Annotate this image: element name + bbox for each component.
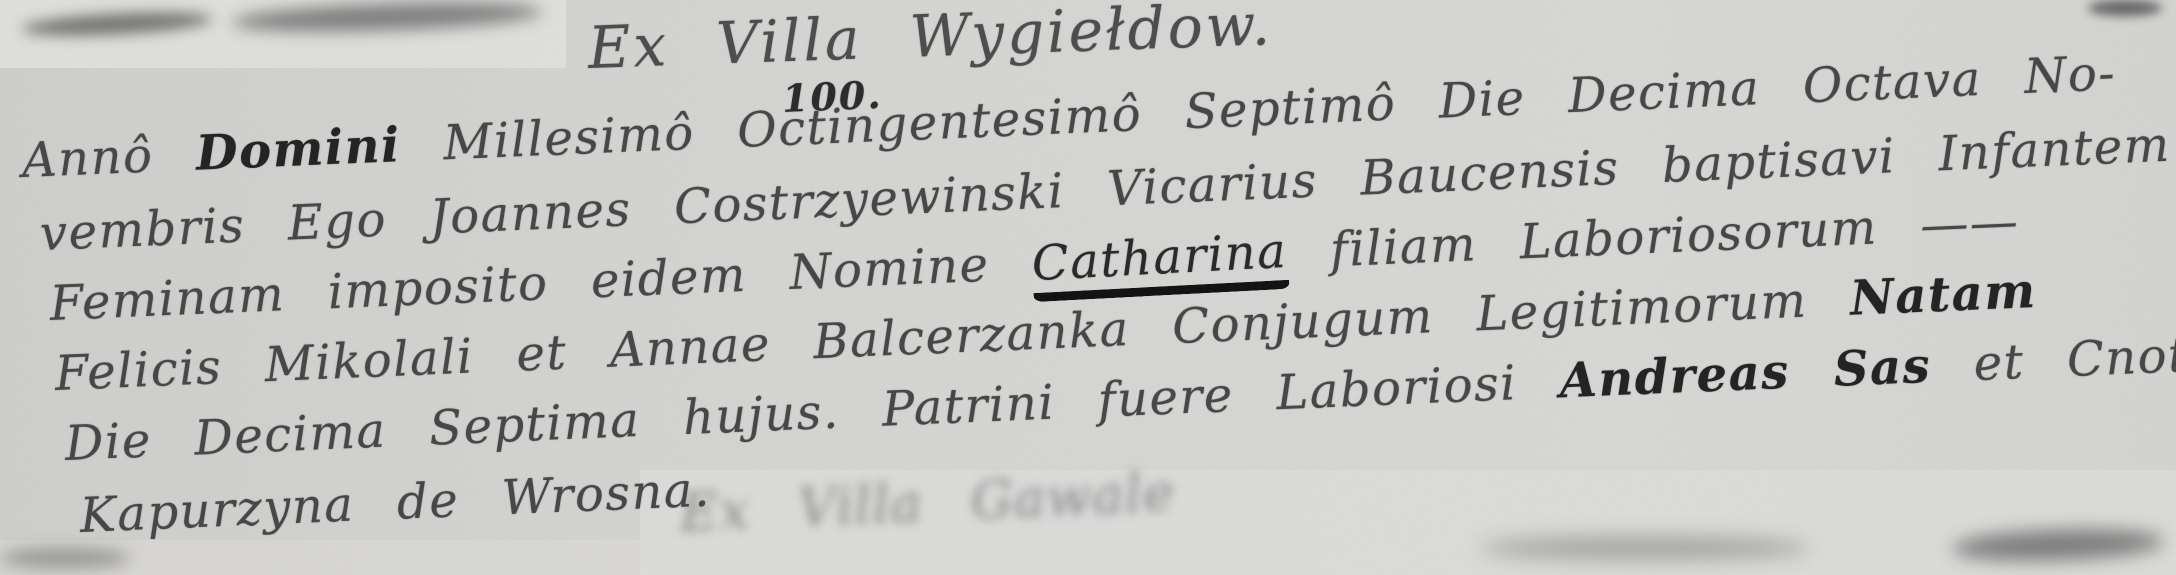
ink-smudge-bottom-right-2 xyxy=(1480,536,1810,560)
ink-smudge-bottom-left xyxy=(0,548,130,568)
line3-post: filiam Laboriosorum —— xyxy=(1286,193,2020,280)
line5-emphasis: Andreas Sas xyxy=(1558,338,1932,410)
line4-emphasis: Natam xyxy=(1849,263,2038,327)
line1-emphasis: Domini xyxy=(195,117,402,182)
line6-text: Kapurzyna de Wrosna. xyxy=(79,462,712,544)
line1-pre: Annô xyxy=(21,126,197,189)
record-line-6: Kapurzyna de Wrosna. xyxy=(79,462,712,544)
heading-text: Ex Villa Wygiełdow. xyxy=(587,0,1274,82)
ink-smudge-top-right xyxy=(2088,0,2162,16)
line5-post: et Cnotiva xyxy=(1930,324,2176,394)
line3-underlined-name: Catharina xyxy=(1031,223,1290,302)
manuscript-scan: Ex Villa Wygiełdow. 100. Annô Domini Mil… xyxy=(0,0,2176,575)
record-heading: Ex Villa Wygiełdow. xyxy=(587,0,1274,82)
